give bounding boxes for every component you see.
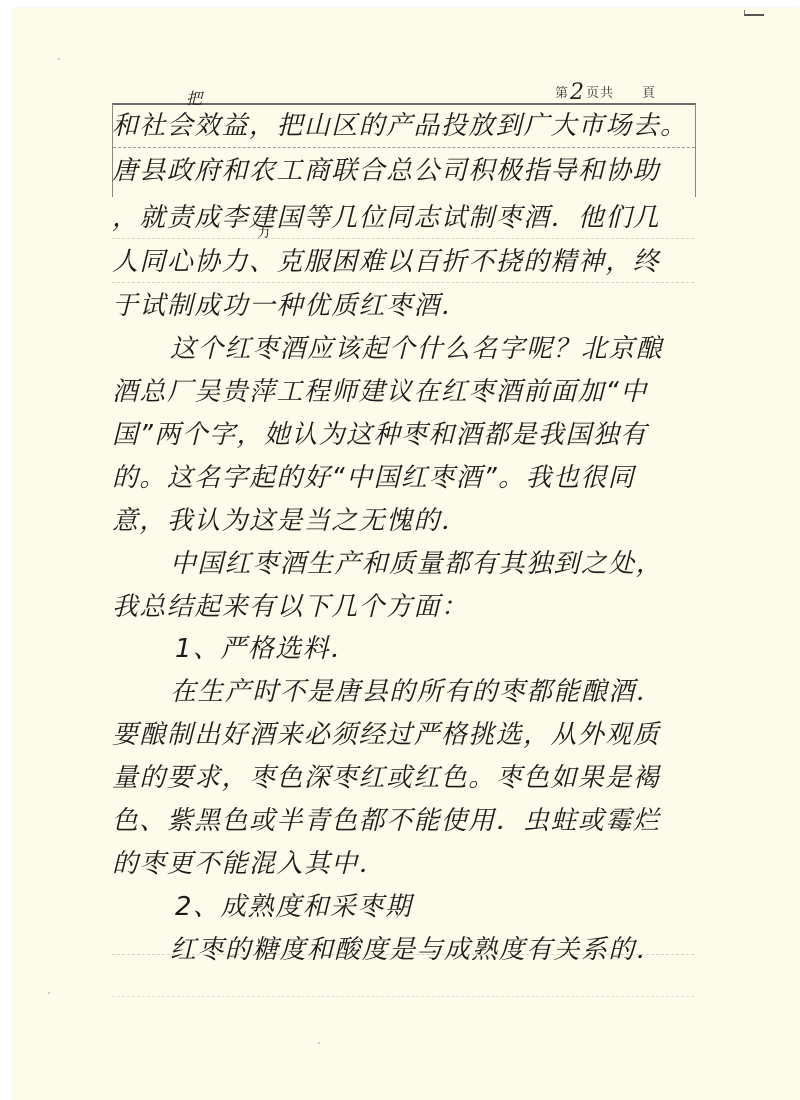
rule-line xyxy=(112,996,694,997)
text-line: 量的要求，枣色深枣红或红色。枣色如果是褐 xyxy=(112,757,700,794)
paragraph-start-line: 这个红枣酒应该起个什么名字呢？北京酿 xyxy=(170,328,700,365)
rule-line xyxy=(112,238,694,239)
corner-mark xyxy=(744,14,764,16)
text-line: 的枣更不能混入其中． xyxy=(112,843,700,880)
paragraph-start-line: 中国红枣酒生产和质量都有其独到之处， xyxy=(170,543,700,580)
section-heading-1: 1、严格选料． xyxy=(175,628,763,665)
page-number-header: 第2页共頁 xyxy=(555,78,656,103)
text-line: 唐县政府和农工商联合总公司积极指导和协助 xyxy=(112,150,700,187)
text-line: 我总结起来有以下几个方面： xyxy=(112,586,700,623)
paper-speck xyxy=(600,720,602,722)
paper-speck xyxy=(58,58,60,60)
page-suffix: 頁 xyxy=(642,86,656,101)
rule-line xyxy=(112,282,694,283)
text-line: ，就责成李建国等几位同志试制枣酒．他们几 xyxy=(112,197,700,234)
text-line: 的。这名字起的好“中国红枣酒”。我也很同 xyxy=(112,457,700,494)
text-line: 人同心协力、克服困难以百折不挠的精神，终 xyxy=(112,241,700,278)
page-number: 2 xyxy=(570,80,585,105)
text-line: 和社会效益，把山区的产品投放到广大市场去。 xyxy=(112,105,700,142)
text-line: 国”两个字，她认为这种枣和酒都是我国独有 xyxy=(112,414,700,451)
text-line: 要酿制出好酒来必须经过严格挑选，从外观质 xyxy=(112,714,700,751)
text-line: 色、紫黑色或半青色都不能使用．虫蛀或霉烂 xyxy=(112,800,700,837)
paper-speck xyxy=(318,1042,320,1044)
page-prefix: 第 xyxy=(555,86,569,101)
text-line: 酒总厂吴贵萍工程师建议在红枣酒前面加“中 xyxy=(112,371,700,408)
text-line: 于试制成功一种优质红枣酒． xyxy=(112,285,700,322)
paragraph-start-line: 红枣的糖度和酸度是与成熟度有关系的． xyxy=(170,929,700,966)
section-heading-2: 2、成熟度和采枣期 xyxy=(175,886,763,923)
text-line: 意，我认为这是当之无愧的． xyxy=(112,500,700,537)
paper-speck xyxy=(48,992,50,994)
paragraph-start-line: 在生产时不是唐县的所有的枣都能酿酒． xyxy=(170,671,700,708)
page-middle: 页共 xyxy=(586,86,614,101)
